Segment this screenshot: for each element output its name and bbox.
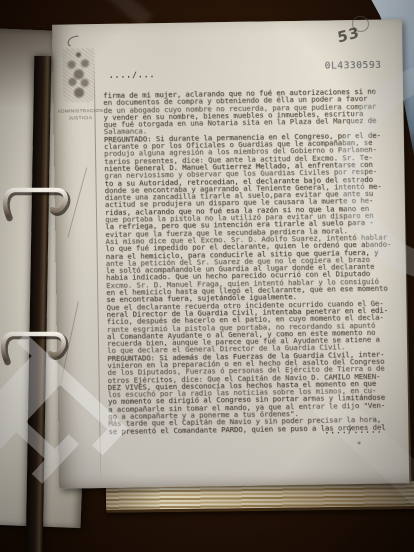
- pencil-stroke: [60, 301, 79, 383]
- stamp-caption-line1: ADMINISTRACION: [51, 108, 109, 115]
- coat-of-arms-stamp-icon: [62, 48, 95, 102]
- serial-number-stamp: 0L4330593: [325, 59, 382, 71]
- photo-of-binder-document: ADMINISTRACION JUSTICIA 53 0L4330593 ...…: [0, 0, 414, 552]
- continuation-mark-top: ..../...: [109, 70, 156, 80]
- pencil-page-number: 53: [336, 23, 361, 47]
- pencil-stroke: [67, 167, 87, 237]
- continuation-mark-bottom: ..../.....: [324, 426, 382, 436]
- footnote-asterisk: *: [357, 440, 362, 449]
- stamp-caption: ADMINISTRACION JUSTICIA: [51, 108, 109, 122]
- stamp-caption-line2: JUSTICIA: [51, 114, 109, 121]
- typewritten-body: firma de mi mujer, aclarando que no fué …: [103, 87, 408, 440]
- typewritten-page: ADMINISTRACION JUSTICIA 53 0L4330593 ...…: [52, 19, 409, 488]
- ministry-stamp: ADMINISTRACION JUSTICIA: [54, 36, 105, 129]
- pen-squiggle: [66, 34, 82, 48]
